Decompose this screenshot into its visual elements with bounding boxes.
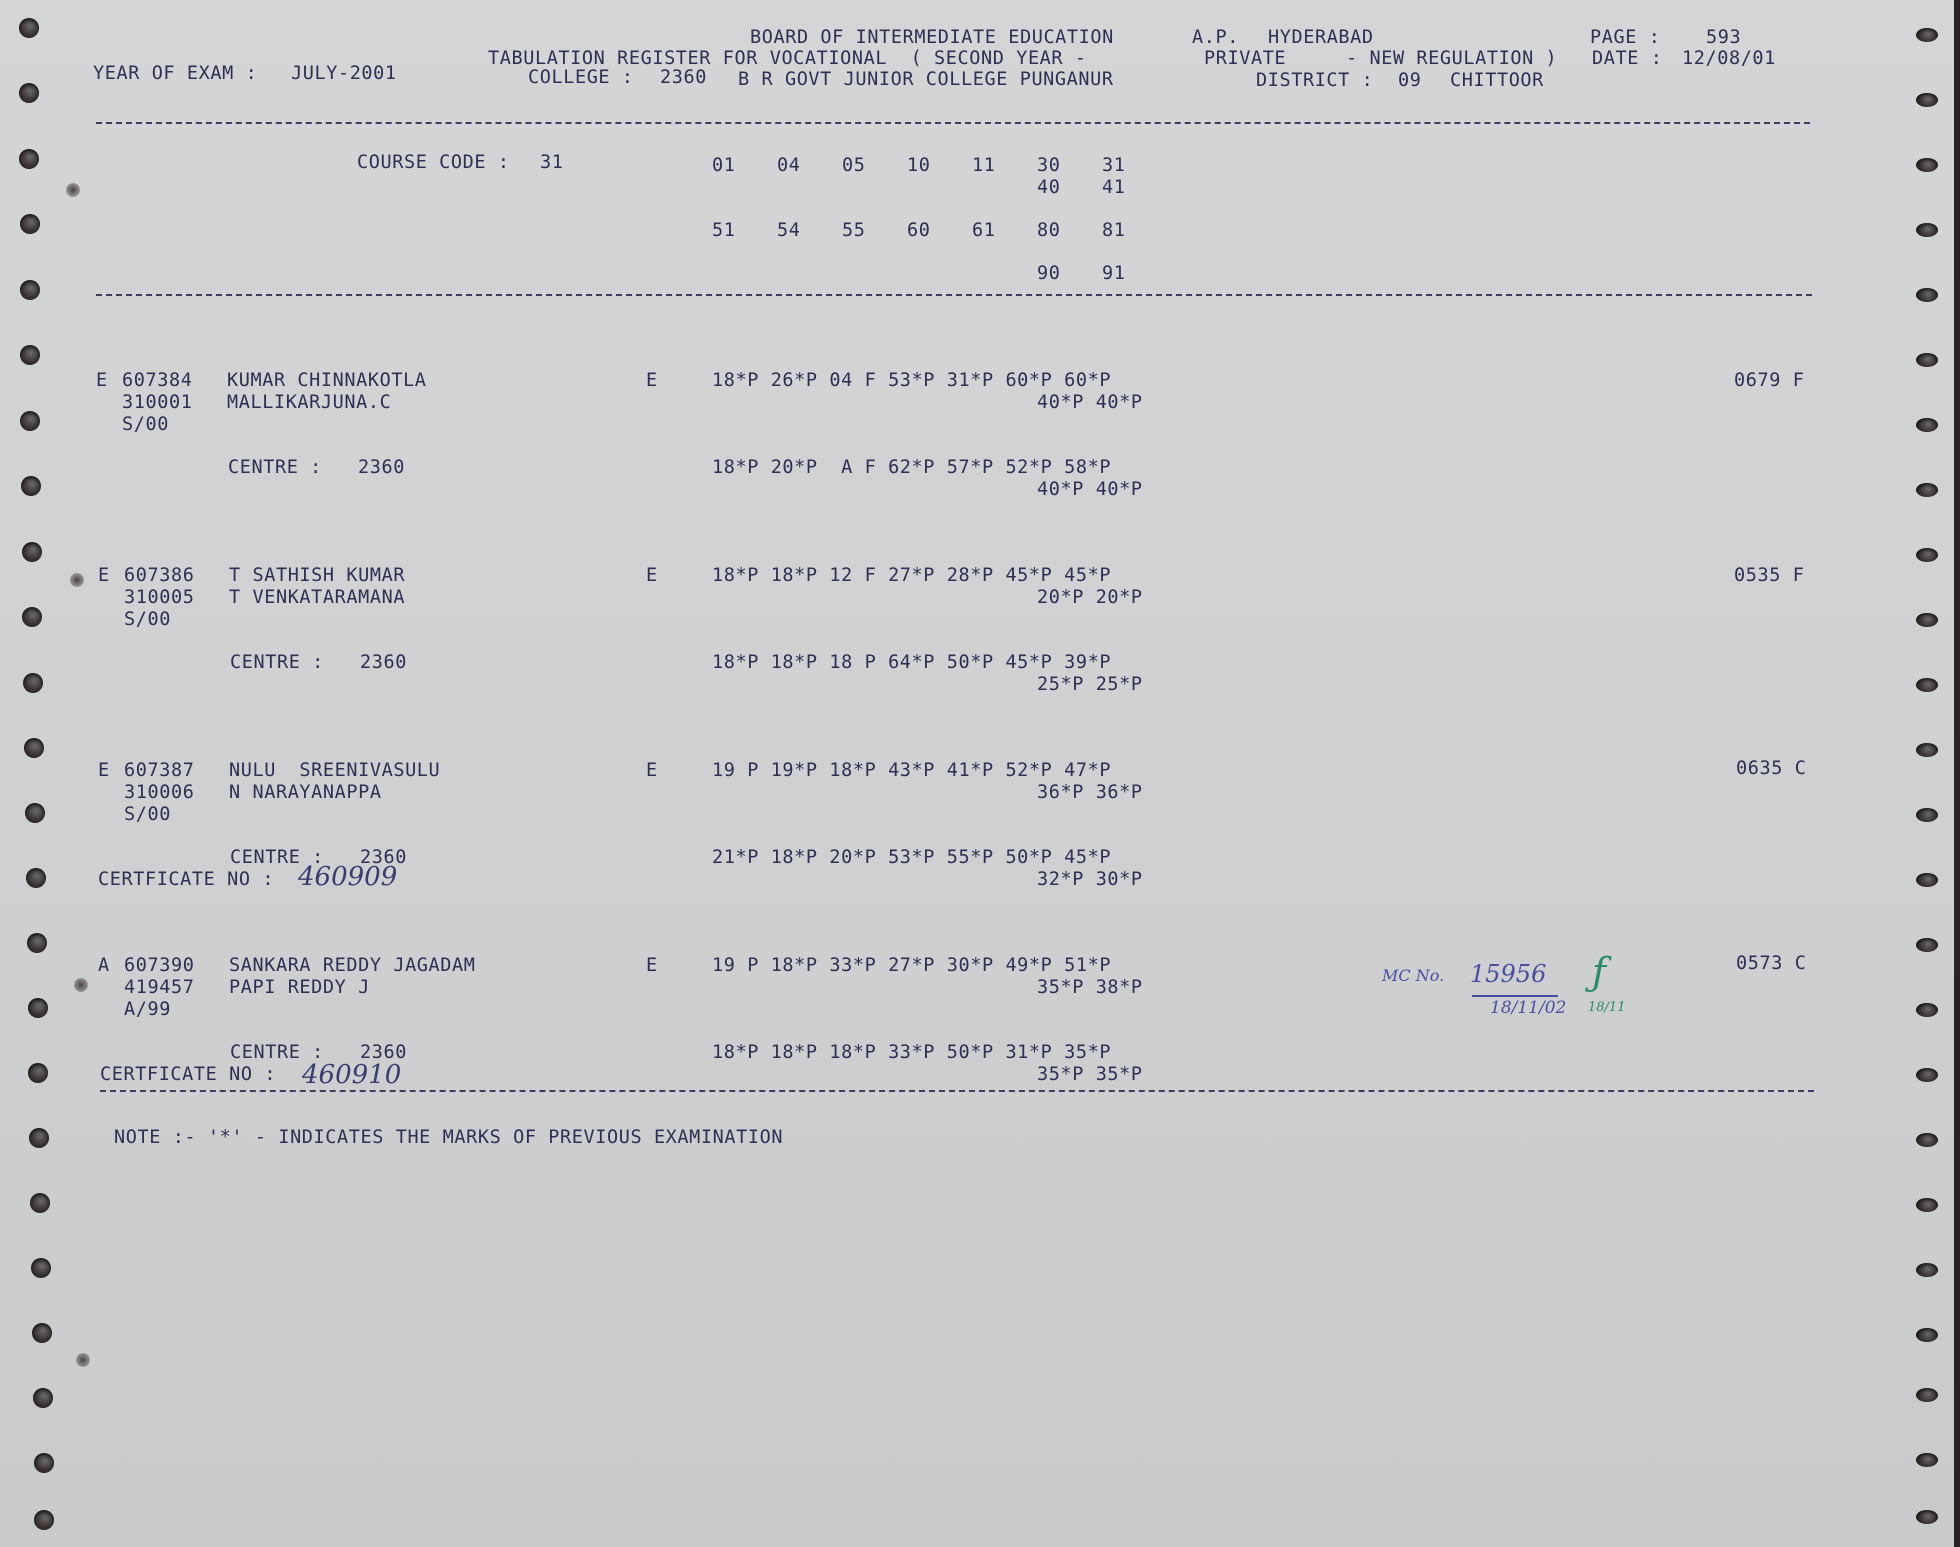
marks-row: 32*P 30*P [1037,869,1143,891]
feed-hole-icon [1916,548,1938,562]
subject-code: 81 [1102,220,1125,242]
feed-hole-icon [28,1063,48,1083]
father-name: N NARAYANAPPA [229,782,382,804]
district-code: 09 [1398,70,1421,92]
hall-ticket-no: 607384 [122,370,192,392]
feed-hole-icon [1916,1328,1938,1342]
feed-hole-icon [33,1388,53,1408]
feed-hole-icon [22,607,42,627]
marks-row: 18*P 18*P 18*P 33*P 50*P 31*P 35*P [712,1042,1111,1064]
feed-hole-icon [19,149,39,169]
feed-hole-icon [23,673,43,693]
total-result: 0573 C [1736,953,1806,975]
subject-code: 04 [777,155,800,177]
subject-code: 31 [1102,155,1125,177]
centre-label: CENTRE : [230,652,324,674]
feed-hole-icon [31,1258,51,1278]
subject-code: 55 [842,220,865,242]
feed-hole-icon [19,83,39,103]
certificate-number-handwritten: 460909 [298,862,397,892]
marks-row: 40*P 40*P [1037,479,1143,501]
total-result: 0535 F [1734,565,1804,587]
reg-no: 310006 [124,782,194,804]
marks-row: 18*P 26*P 04 F 53*P 31*P 60*P 60*P [712,370,1111,392]
feed-hole-icon [21,476,41,496]
subject-code: 10 [907,155,930,177]
footnote: NOTE :- '*' - INDICATES THE MARKS OF PRE… [114,1127,783,1149]
father-name: MALLIKARJUNA.C [227,392,391,414]
feed-hole-icon [1916,1198,1938,1212]
exam-category: PRIVATE [1204,48,1286,70]
subject-code: 60 [907,220,930,242]
punch-mark-icon [76,1353,90,1367]
feed-hole-icon [1916,613,1938,627]
student-name: NULU SREENIVASULU [229,760,440,782]
record-type: E [96,370,108,392]
medium: E [646,565,658,587]
feed-hole-icon [32,1323,52,1343]
regulation: - NEW REGULATION ) [1346,48,1557,70]
exam-year: JULY-2001 [291,63,397,85]
subject-code: 61 [972,220,995,242]
feed-hole-icon [1916,288,1938,302]
marks-row: 35*P 38*P [1037,977,1143,999]
certificate-number-handwritten: 460910 [302,1060,401,1090]
date-label: DATE : [1592,48,1662,70]
subject-code: 80 [1037,220,1060,242]
report-date: 12/08/01 [1682,48,1776,70]
status-code: A/99 [124,999,171,1021]
marks-row: 25*P 25*P [1037,674,1143,696]
certificate-label: CERTFICATE NO : [98,869,274,891]
divider [96,294,1812,296]
feed-hole-icon [20,345,40,365]
student-name: T SATHISH KUMAR [229,565,405,587]
feed-hole-icon [1916,678,1938,692]
feed-hole-icon [1916,93,1938,107]
feed-hole-icon [1916,1388,1938,1402]
course-code-label: COURSE CODE : [357,152,510,174]
centre-code: 2360 [358,457,405,479]
subject-code: 91 [1102,263,1125,285]
feed-hole-icon [1916,873,1938,887]
city-name: HYDERABAD [1268,27,1374,49]
marks-row: 35*P 35*P [1037,1064,1143,1086]
year-label: YEAR OF EXAM : [93,63,257,85]
paper-edge [1954,0,1960,1547]
status-code: S/00 [124,609,171,631]
feed-hole-icon [1916,418,1938,432]
medium: E [646,760,658,782]
feed-hole-icon [29,1128,49,1148]
feed-hole-icon [34,1453,54,1473]
subject-code: 05 [842,155,865,177]
district-label: DISTRICT : [1256,70,1373,92]
record-type: E [98,565,110,587]
centre-label: CENTRE : [228,457,322,479]
feed-hole-icon [20,214,40,234]
reg-no: 310005 [124,587,194,609]
subject-code: 40 [1037,177,1060,199]
hall-ticket-no: 607387 [124,760,194,782]
subject-code: 11 [972,155,995,177]
college-code: 2360 [660,67,707,89]
medium: E [646,955,658,977]
student-name: SANKARA REDDY JAGADAM [229,955,476,977]
punch-mark-icon [74,978,88,992]
feed-hole-icon [1916,938,1938,952]
feed-hole-icon [34,1510,54,1530]
marks-row: 20*P 20*P [1037,587,1143,609]
feed-hole-icon [22,542,42,562]
subject-code: 51 [712,220,735,242]
punch-mark-icon [70,573,84,587]
signature-initials: ƒ [1592,950,1606,994]
marks-row: 18*P 20*P A F 62*P 57*P 52*P 58*P [712,457,1111,479]
certificate-label: CERTFICATE NO : [100,1064,276,1086]
state-name: A.P. [1192,27,1239,49]
feed-hole-icon [1916,158,1938,172]
college-label: COLLEGE : [528,67,634,89]
marks-row: 40*P 40*P [1037,392,1143,414]
mc-underline [1472,995,1558,997]
subject-code: 41 [1102,177,1125,199]
subject-code: 54 [777,220,800,242]
mc-number-handwritten: 15956 [1470,960,1546,988]
feed-hole-icon [28,998,48,1018]
divider [100,1090,1814,1092]
record-type: E [98,760,110,782]
father-name: PAPI REDDY J [229,977,370,999]
marks-row: 18*P 18*P 12 F 27*P 28*P 45*P 45*P [712,565,1111,587]
medium: E [646,370,658,392]
feed-hole-icon [1916,483,1938,497]
marks-row: 36*P 36*P [1037,782,1143,804]
feed-hole-icon [1916,1453,1938,1467]
feed-hole-icon [24,738,44,758]
marks-row: 18*P 18*P 18 P 64*P 50*P 45*P 39*P [712,652,1111,674]
feed-hole-icon [1916,223,1938,237]
course-code: 31 [540,152,563,174]
page-label: PAGE : [1590,27,1660,49]
mc-date-handwritten: 18/11/02 [1490,998,1566,1018]
feed-hole-icon [1916,1510,1938,1524]
feed-hole-icon [30,1193,50,1213]
feed-hole-icon [1916,1068,1938,1082]
record-type: A [98,955,110,977]
board-name: BOARD OF INTERMEDIATE EDUCATION [750,27,1114,49]
feed-hole-icon [1916,1263,1938,1277]
feed-hole-icon [25,803,45,823]
page-number: 593 [1706,27,1741,49]
feed-hole-icon [20,280,40,300]
feed-hole-icon [1916,1133,1938,1147]
reg-no: 310001 [122,392,192,414]
subject-code: 90 [1037,263,1060,285]
hall-ticket-no: 607386 [124,565,194,587]
marks-row: 21*P 18*P 20*P 53*P 55*P 50*P 45*P [712,847,1111,869]
feed-hole-icon [1916,1003,1938,1017]
feed-hole-icon [1916,28,1938,42]
subject-code: 30 [1037,155,1060,177]
mc-label-handwritten: MC No. [1382,966,1444,985]
feed-hole-icon [1916,743,1938,757]
student-name: KUMAR CHINNAKOTLA [227,370,427,392]
marks-row: 19 P 19*P 18*P 43*P 41*P 52*P 47*P [712,760,1111,782]
status-code: S/00 [124,804,171,826]
college-name: B R GOVT JUNIOR COLLEGE PUNGANUR [738,69,1114,91]
feed-hole-icon [1916,808,1938,822]
initials-date-handwritten: 18/11 [1588,1000,1625,1015]
total-result: 0679 F [1734,370,1804,392]
punch-mark-icon [66,183,80,197]
feed-hole-icon [19,18,39,38]
feed-hole-icon [27,933,47,953]
left-feed-holes [0,0,60,1547]
hall-ticket-no: 607390 [124,955,194,977]
father-name: T VENKATARAMANA [229,587,405,609]
marks-row: 19 P 18*P 33*P 27*P 30*P 49*P 51*P [712,955,1111,977]
total-result: 0635 C [1736,758,1806,780]
subject-code: 01 [712,155,735,177]
status-code: S/00 [122,414,169,436]
district-name: CHITTOOR [1450,70,1544,92]
feed-hole-icon [1916,353,1938,367]
divider [96,122,1810,124]
feed-hole-icon [20,411,40,431]
centre-code: 2360 [360,652,407,674]
feed-hole-icon [26,868,46,888]
reg-no: 419457 [124,977,194,999]
printout-page: BOARD OF INTERMEDIATE EDUCATION A.P. HYD… [0,0,1960,1547]
right-feed-holes [1894,0,1954,1547]
